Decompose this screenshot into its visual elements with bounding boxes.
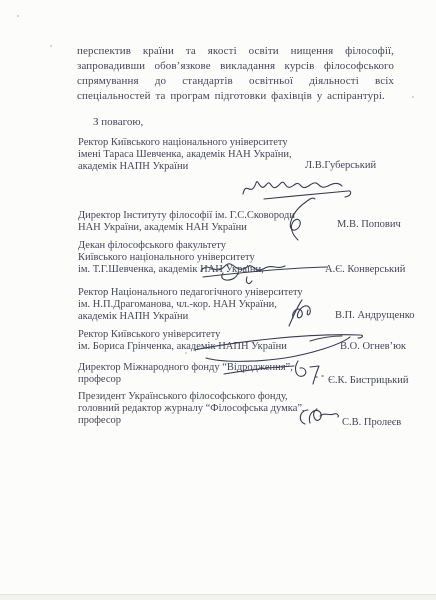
signature-mark-7 <box>296 404 340 430</box>
scan-speck <box>185 352 187 354</box>
scan-bottom-edge <box>0 594 436 600</box>
scanned-letter-page: перспектив країни та якості освіти нищен… <box>0 0 436 600</box>
signature-mark-6 <box>220 356 324 388</box>
closing-salutation: З повагою, <box>93 116 143 128</box>
title-line: Директор Інституту філософії ім. Г.С.Ско… <box>78 210 295 222</box>
title-line: НАН України, академік НАН України <box>78 222 295 234</box>
title-line: Ректор Київського національного універси… <box>78 137 292 149</box>
signature-mark-2 <box>282 196 316 242</box>
signatory-name-4: В.П. Андрущенко <box>335 310 415 321</box>
signatory-name-3: А.Є. Конверський <box>325 264 405 275</box>
title-line: Декан філософського факультету <box>78 240 264 252</box>
title-line: головний редактор журналу “Філософська д… <box>78 403 305 415</box>
signatory-name-2: М.В. Попович <box>337 219 401 230</box>
title-line: Президент Українського філософського фон… <box>78 391 305 403</box>
scan-speck <box>412 96 414 98</box>
scan-speck <box>50 45 52 47</box>
title-line: імені Тараса Шевченка, академік НАН Укра… <box>78 149 292 161</box>
body-paragraph: перспектив країни та якості освіти нищен… <box>77 44 394 104</box>
signatory-title-1: Ректор Київського національного універси… <box>78 137 292 173</box>
scan-speck <box>17 15 19 17</box>
title-line: академік НАПН України <box>78 311 303 323</box>
signatory-title-4: Ректор Національного педагогічного уніве… <box>78 287 303 323</box>
title-line: ім. Н.П.Драгоманова, чл.-кор. НАН Україн… <box>78 299 303 311</box>
signatory-name-6: Є.К. Бистрицький <box>328 375 408 386</box>
signatory-title-2: Директор Інституту філософії ім. Г.С.Ско… <box>78 210 295 234</box>
signatory-name-7: С.В. Пролеєв <box>342 417 401 428</box>
signature-mark-3 <box>195 255 331 287</box>
signature-mark-4 <box>283 296 317 328</box>
title-line: професор <box>78 415 305 427</box>
title-line: Ректор Національного педагогічного уніве… <box>78 287 303 299</box>
signatory-title-7: Президент Українського філософського фон… <box>78 391 305 427</box>
